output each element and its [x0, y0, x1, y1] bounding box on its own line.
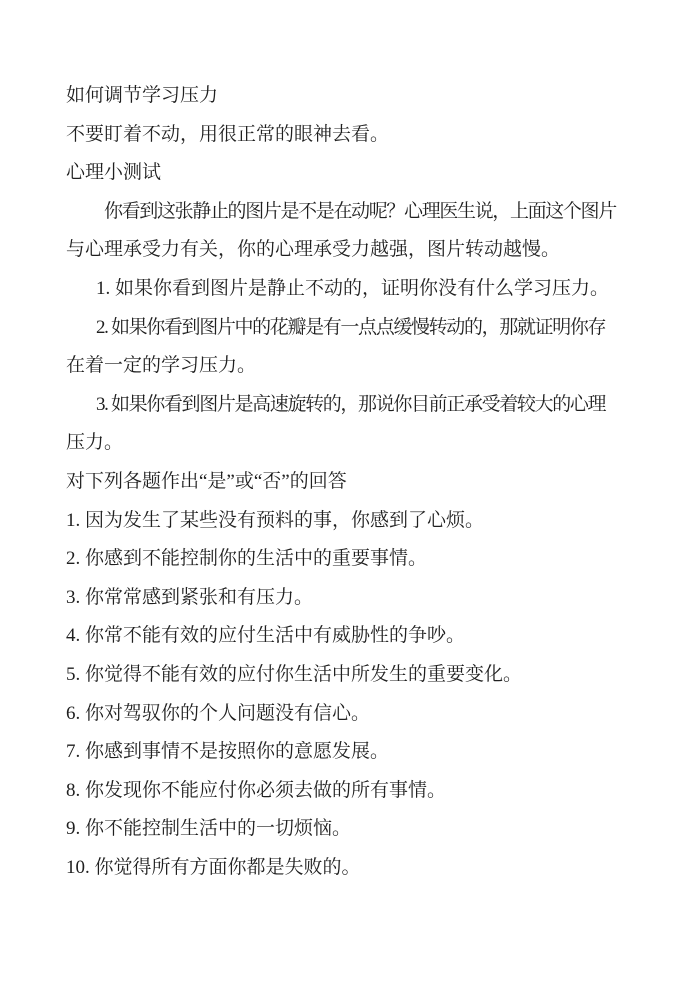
text-line: 如何调节学习压力: [66, 77, 628, 116]
text-line: 5. 你觉得不能有效的应付你生活中所发生的重要变化。: [66, 656, 628, 695]
text-line: 4. 你常不能有效的应付生活中有威胁性的争吵。: [66, 617, 628, 656]
document-page: 如何调节学习压力不要盯着不动，用很正常的眼神去看。心理小测试你看到这张静止的图片…: [0, 0, 695, 982]
text-line: 与心理承受力有关，你的心理承受力越强，图片转动越慢。: [66, 231, 628, 270]
text-line: 1. 因为发生了某些没有预料的事，你感到了心烦。: [66, 502, 628, 541]
text-line: 8. 你发现你不能应付你必须去做的所有事情。: [66, 772, 628, 811]
text-line: 对下列各题作出“是”或“否”的回答: [66, 463, 628, 502]
text-line: 2. 如果你看到图片中的花瓣是有一点点缓慢转动的，那就证明你存: [66, 309, 628, 348]
text-line: 不要盯着不动，用很正常的眼神去看。: [66, 116, 628, 155]
text-line: 3. 你常常感到紧张和有压力。: [66, 579, 628, 618]
text-line: 2. 你感到不能控制你的生活中的重要事情。: [66, 540, 628, 579]
text-line: 你看到这张静止的图片是不是在动呢？心理医生说，上面这个图片: [66, 193, 628, 232]
text-line: 压力。: [66, 424, 628, 463]
text-line: 6. 你对驾驭你的个人问题没有信心。: [66, 695, 628, 734]
document-text: 如何调节学习压力不要盯着不动，用很正常的眼神去看。心理小测试你看到这张静止的图片…: [66, 77, 628, 887]
text-line: 1. 如果你看到图片是静止不动的，证明你没有什么学习压力。: [66, 270, 628, 309]
text-line: 在着一定的学习压力。: [66, 347, 628, 386]
text-line: 3. 如果你看到图片是高速旋转的，那说你目前正承受着较大的心理: [66, 386, 628, 425]
text-line: 7. 你感到事情不是按照你的意愿发展。: [66, 733, 628, 772]
text-line: 心理小测试: [66, 154, 628, 193]
text-line: 9. 你不能控制生活中的一切烦恼。: [66, 810, 628, 849]
text-line: 10. 你觉得所有方面你都是失败的。: [66, 849, 628, 888]
